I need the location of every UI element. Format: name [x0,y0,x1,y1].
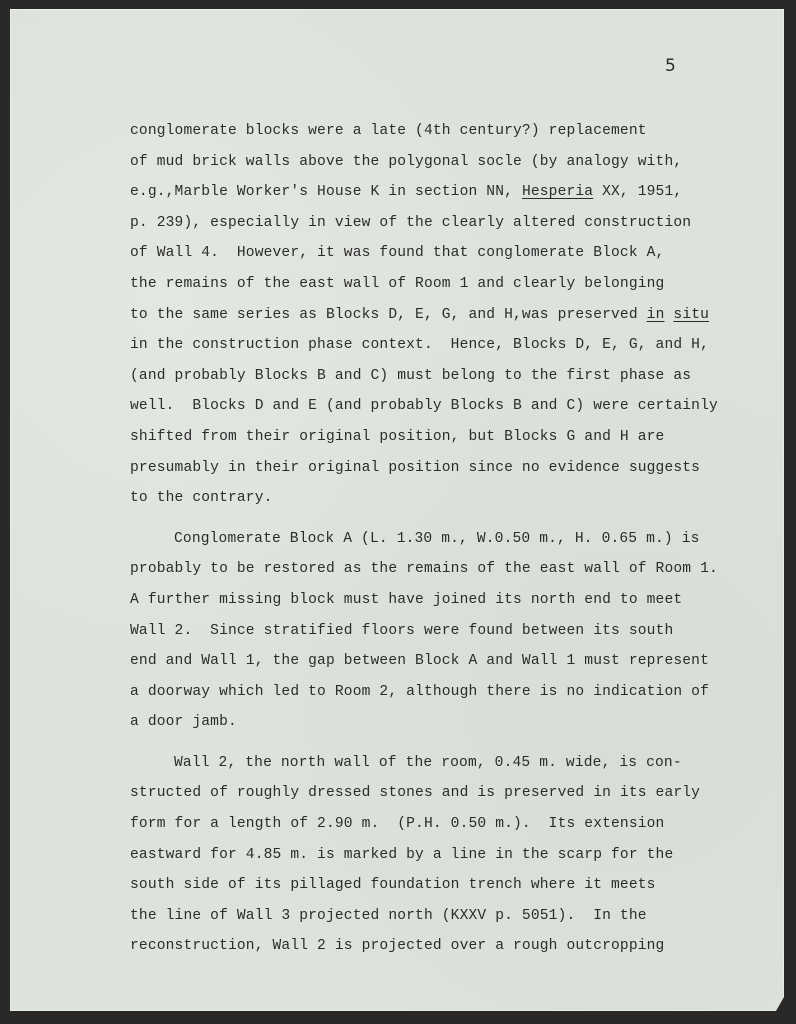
text-segment: of Wall 4. However, it was found that co… [130,245,664,261]
underlined-text: in [647,307,665,323]
folded-page-corner [776,997,784,1011]
text-line: of mud brick walls above the polygonal s… [130,147,770,178]
text-line: Conglomerate Block A (L. 1.30 m., W.0.50… [130,524,770,555]
paragraph-gap [130,514,770,524]
text-segment: shifted from their original position, bu… [130,429,664,445]
scan-background: ​ 5 conglomerate blocks were a late (4th… [0,0,796,1024]
document-body: conglomerate blocks were a late (4th cen… [130,116,770,962]
underlined-text: Hesperia [522,184,593,200]
text-segment: of mud brick walls above the polygonal s… [130,154,682,170]
text-line: Wall 2, the north wall of the room, 0.45… [130,748,770,779]
page-number: 5 [665,56,676,76]
text-segment: Wall 2, the north wall of the room, 0.45… [174,755,682,771]
text-line: A further missing block must have joined… [130,585,770,616]
text-segment: conglomerate blocks were a late (4th cen… [130,123,647,139]
text-line: to the contrary. [130,483,770,514]
text-segment: a door jamb. [130,714,237,730]
text-segment: to the same series as Blocks D, E, G, an… [130,307,647,323]
paragraph: Wall 2, the north wall of the room, 0.45… [130,748,770,962]
text-segment: A further missing block must have joined… [130,592,682,608]
text-segment: to the contrary. [130,490,273,506]
text-segment: the remains of the east wall of Room 1 a… [130,276,664,292]
text-line: reconstruction, Wall 2 is projected over… [130,931,770,962]
text-segment: reconstruction, Wall 2 is projected over… [130,938,664,954]
paragraph: Conglomerate Block A (L. 1.30 m., W.0.50… [130,524,770,738]
text-segment: south side of its pillaged foundation tr… [130,877,656,893]
text-line: p. 239), especially in view of the clear… [130,208,770,239]
text-line: in the construction phase context. Hence… [130,330,770,361]
text-line: a door jamb. [130,707,770,738]
text-segment: presumably in their original position si… [130,460,700,476]
text-segment: probably to be restored as the remains o… [130,561,718,577]
text-line: conglomerate blocks were a late (4th cen… [130,116,770,147]
text-line: eastward for 4.85 m. is marked by a line… [130,840,770,871]
text-line: shifted from their original position, bu… [130,422,770,453]
text-line: e.g.,Marble Worker's House K in section … [130,177,770,208]
text-segment: (and probably Blocks B and C) must belon… [130,368,691,384]
text-segment: the line of Wall 3 projected north (KXXV… [130,908,647,924]
text-line: well. Blocks D and E (and probably Block… [130,391,770,422]
underlined-text: situ [673,307,709,323]
text-line: form for a length of 2.90 m. (P.H. 0.50 … [130,809,770,840]
text-segment: XX, 1951, [593,184,682,200]
text-line: end and Wall 1, the gap between Block A … [130,646,770,677]
text-segment: e.g.,Marble Worker's House K in section … [130,184,522,200]
text-segment: end and Wall 1, the gap between Block A … [130,653,709,669]
text-line: south side of its pillaged foundation tr… [130,870,770,901]
text-line: the line of Wall 3 projected north (KXXV… [130,901,770,932]
text-line: (and probably Blocks B and C) must belon… [130,361,770,392]
text-line: the remains of the east wall of Room 1 a… [130,269,770,300]
text-segment: Conglomerate Block A (L. 1.30 m., W.0.50… [174,531,700,547]
text-segment: Wall 2. Since stratified floors were fou… [130,623,673,639]
text-line: structed of roughly dressed stones and i… [130,778,770,809]
text-line: probably to be restored as the remains o… [130,554,770,585]
text-line: presumably in their original position si… [130,453,770,484]
text-line: to the same series as Blocks D, E, G, an… [130,300,770,331]
text-segment: well. Blocks D and E (and probably Block… [130,398,718,414]
text-segment: form for a length of 2.90 m. (P.H. 0.50 … [130,816,664,832]
text-segment: structed of roughly dressed stones and i… [130,785,700,801]
text-segment: in the construction phase context. Hence… [130,337,709,353]
paragraph-gap [130,738,770,748]
paragraph: conglomerate blocks were a late (4th cen… [130,116,770,514]
typed-page: ​ 5 conglomerate blocks were a late (4th… [10,9,784,1011]
text-line: a doorway which led to Room 2, although … [130,677,770,708]
text-segment: p. 239), especially in view of the clear… [130,215,691,231]
text-segment: a doorway which led to Room 2, although … [130,684,709,700]
text-line: of Wall 4. However, it was found that co… [130,238,770,269]
text-line: Wall 2. Since stratified floors were fou… [130,616,770,647]
text-segment: eastward for 4.85 m. is marked by a line… [130,847,673,863]
